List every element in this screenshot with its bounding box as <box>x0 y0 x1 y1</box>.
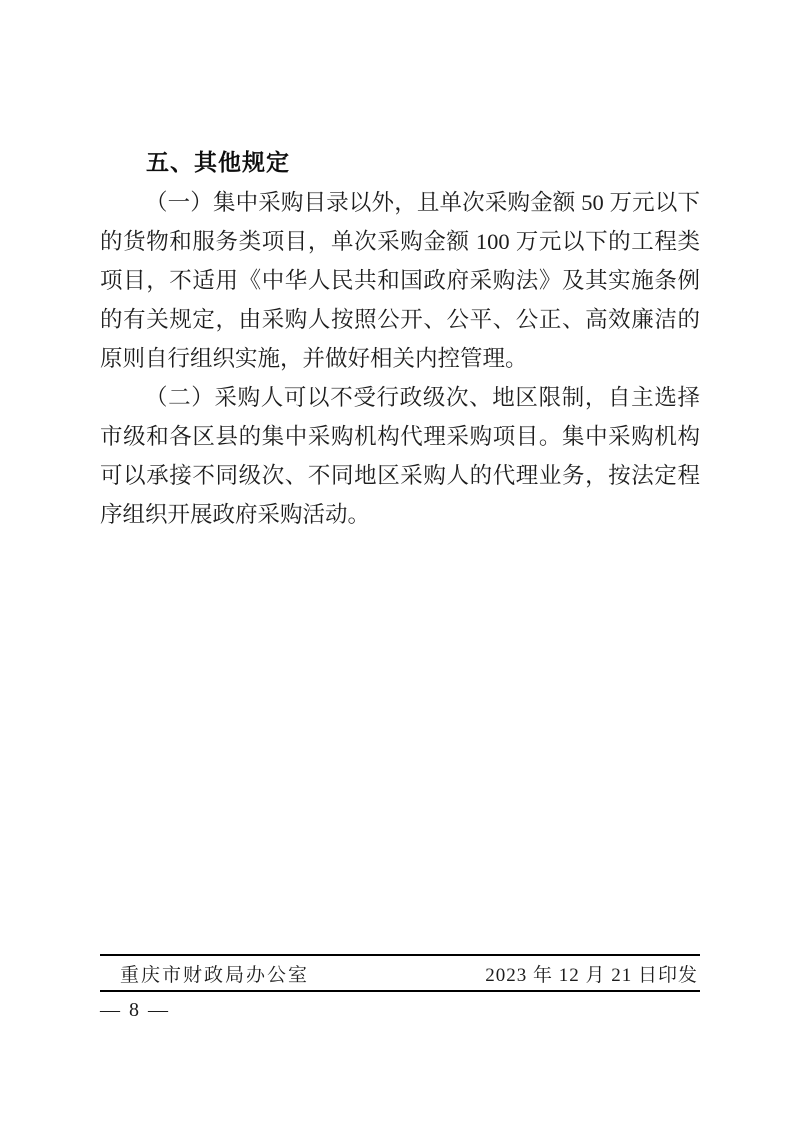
print-date: 2023 年 12 月 21 日印发 <box>485 960 698 987</box>
document-page: 五、其他规定 （一）集中采购目录以外，且单次采购金额 50 万元以下的货物和服务… <box>0 0 794 1123</box>
paragraph-item-1: （一）集中采购目录以外，且单次采购金额 50 万元以下的货物和服务类项目，单次采… <box>100 183 700 378</box>
page-number: — 8 — <box>100 999 170 1022</box>
document-footer: 重庆市财政局办公室 2023 年 12 月 21 日印发 <box>100 954 700 992</box>
section-heading: 五、其他规定 <box>100 144 700 183</box>
paragraph-item-2: （二）采购人可以不受行政级次、地区限制，自主选择市级和各区县的集中采购机构代理采… <box>100 378 700 534</box>
footer-rule-bottom <box>100 990 700 992</box>
footer-row: 重庆市财政局办公室 2023 年 12 月 21 日印发 <box>100 956 700 990</box>
document-body: 五、其他规定 （一）集中采购目录以外，且单次采购金额 50 万元以下的货物和服务… <box>100 144 700 534</box>
issuing-office: 重庆市财政局办公室 <box>120 960 309 987</box>
